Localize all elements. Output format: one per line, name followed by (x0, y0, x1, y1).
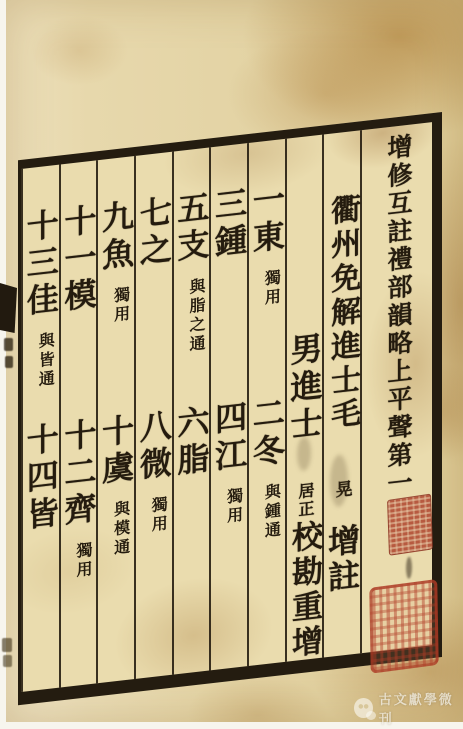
rhyme-note: 獨用 (71, 541, 94, 582)
rhyme-column-7: 十三佳 與皆通 十四皆 (21, 165, 59, 692)
rhyme-entry: 十虞 與模通 (98, 412, 134, 560)
spine-character-mark (5, 356, 13, 368)
rhyme-column-4: 七之 八微 獨用 (134, 152, 172, 679)
rhyme-name: 十三佳 (18, 206, 64, 322)
rhyme-entry: 一東 獨用 (249, 181, 285, 310)
editor-suffix: 校勘重增 (282, 518, 327, 663)
rhyme-entry: 十二齊 獨用 (61, 416, 97, 582)
rhyme-note: 與脂之通 (184, 277, 207, 356)
rhyme-column-2: 三鍾 四江 獨用 (209, 143, 247, 670)
page-title: 增修互註禮部韻略上平聲第一 (379, 132, 415, 500)
rhyme-column-5: 九魚 獨用 十虞 與模通 (96, 156, 134, 683)
rhyme-column-3: 五支 與脂之通 六脂 (172, 148, 210, 675)
rhyme-column-6: 十一模 十二齊 獨用 (59, 160, 97, 687)
wechat-icon (354, 698, 373, 718)
rhyme-entry: 二冬 與鍾通 (249, 395, 285, 543)
watermark: 古文獻學微刊 (354, 689, 463, 727)
rhyme-note: 獨用 (259, 268, 282, 309)
corner-character-mark (3, 655, 12, 667)
book-page: 增修互註禮部韻略上平聲第一 衢州免解進士毛 晃 增註 男進士 居正 校勘重增 一… (6, 0, 463, 722)
rhyme-entry: 七之 (136, 194, 172, 285)
rhyme-entry: 十一模 (61, 202, 97, 330)
collector-seal-large (369, 579, 438, 674)
printed-frame: 增修互註禮部韻略上平聲第一 衢州免解進士毛 晃 增註 男進士 居正 校勘重增 一… (18, 112, 442, 705)
rhyme-entry: 六脂 (174, 404, 210, 495)
rhyme-note: 獨用 (146, 495, 169, 536)
rhyme-entry: 十四皆 (23, 421, 59, 549)
watermark-text: 古文獻學微刊 (379, 689, 463, 727)
rhyme-note: 與模通 (109, 499, 132, 559)
adjacent-page-fragment (0, 283, 17, 333)
rhyme-note: 與鍾通 (259, 482, 282, 542)
corner-character-mark (2, 638, 12, 652)
rhyme-column-1: 一東 獨用 二冬 與鍾通 (247, 139, 285, 666)
editor-name-small: 居正 (293, 481, 316, 520)
rhyme-entry: 九魚 獨用 (98, 198, 134, 327)
collector-seal-small (387, 494, 433, 556)
rhyme-entry: 八微 獨用 (136, 408, 172, 537)
rhyme-name: 十四皆 (18, 420, 64, 536)
rhyme-note: 獨用 (109, 285, 132, 326)
ink-smudge (297, 436, 311, 472)
ink-smudge (330, 454, 348, 508)
rhyme-note: 獨用 (222, 486, 245, 527)
rhyme-entry: 四江 獨用 (211, 399, 247, 528)
rhyme-entry: 十三佳 與皆通 (23, 207, 59, 392)
ink-mark (406, 556, 412, 579)
rhyme-entry: 三鍾 (211, 185, 247, 276)
author-column: 衢州免解進士毛 晃 增註 (322, 130, 360, 657)
editor-column: 男進士 居正 校勘重增 (285, 135, 323, 662)
rhyme-note: 與皆通 (33, 331, 56, 391)
title-column: 增修互註禮部韻略上平聲第一 (360, 122, 432, 653)
rhyme-entry: 五支 與脂之通 (174, 190, 210, 357)
spine-character-mark (4, 338, 13, 351)
